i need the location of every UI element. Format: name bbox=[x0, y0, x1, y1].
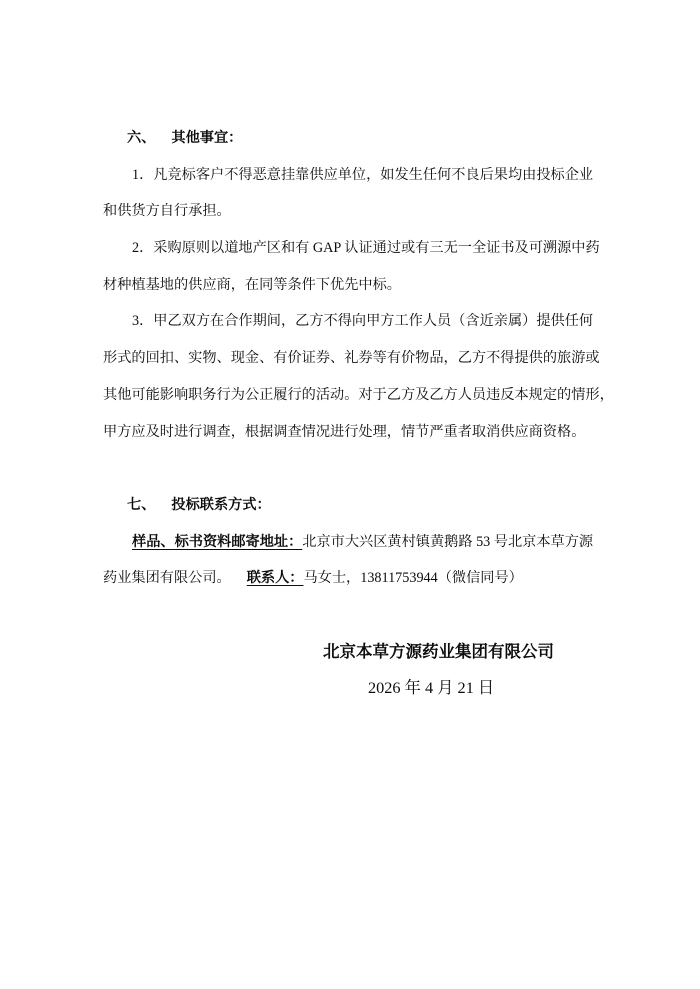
item-1-line-2: 和供货方自行承担。 bbox=[103, 193, 613, 230]
mailing-address-value-2: 药业集团有限公司。 bbox=[103, 570, 231, 586]
section-7-number: 七、 bbox=[127, 497, 155, 513]
item-2-line-1: 2．采购原则以道地产区和有 GAP 认证通过或有三无一全证书及可溯源中药 bbox=[103, 230, 613, 267]
contact-person-label: 联系人： bbox=[247, 570, 304, 586]
signature-company: 北京本草方源药业集团有限公司 bbox=[103, 634, 613, 671]
mailing-address-label: 样品、标书资料邮寄地址： bbox=[132, 534, 302, 550]
mailing-address-line-1: 样品、标书资料邮寄地址：北京市大兴区黄村镇黄鹅路 53 号北京本草方源 bbox=[103, 524, 613, 561]
blank-line bbox=[103, 597, 613, 634]
contact-person-value: 马女士，13811753944（微信同号） bbox=[303, 570, 522, 586]
blank-line bbox=[103, 450, 613, 487]
section-7-title: 投标联系方式： bbox=[171, 497, 270, 513]
document-page: 六、其他事宜： 1．凡竞标客户不得恶意挂靠供应单位，如发生任何不良后果均由投标企… bbox=[0, 0, 700, 989]
item-3-line-4: 甲方应及时进行调查，根据调查情况进行处理，情节严重者取消供应商资格。 bbox=[103, 414, 613, 451]
item-1-line-1: 1．凡竞标客户不得恶意挂靠供应单位，如发生任何不良后果均由投标企业 bbox=[103, 157, 613, 194]
section-6-number: 六、 bbox=[127, 130, 155, 146]
mailing-address-value: 北京市大兴区黄村镇黄鹅路 53 号北京本草方源 bbox=[302, 534, 593, 550]
item-3-line-2: 形式的回扣、实物、现金、有价证券、礼券等有价物品，乙方不得提供的旅游或 bbox=[103, 340, 613, 377]
item-2-line-2: 材种植基地的供应商，在同等条件下优先中标。 bbox=[103, 267, 613, 304]
mailing-address-line-2: 药业集团有限公司。联系人：马女士，13811753944（微信同号） bbox=[103, 560, 613, 597]
section-6-heading: 六、其他事宜： bbox=[103, 120, 613, 157]
document-body: 六、其他事宜： 1．凡竞标客户不得恶意挂靠供应单位，如发生任何不良后果均由投标企… bbox=[103, 120, 613, 707]
section-7-heading: 七、投标联系方式： bbox=[103, 487, 613, 524]
item-3-line-3: 其他可能影响职务行为公正履行的活动。对于乙方及乙方人员违反本规定的情形， bbox=[103, 377, 613, 414]
item-3-line-1: 3．甲乙双方在合作期间，乙方不得向甲方工作人员（含近亲属）提供任何 bbox=[103, 303, 613, 340]
section-6-title: 其他事宜： bbox=[171, 130, 242, 146]
signature-date: 2026 年 4 月 21 日 bbox=[103, 670, 613, 707]
